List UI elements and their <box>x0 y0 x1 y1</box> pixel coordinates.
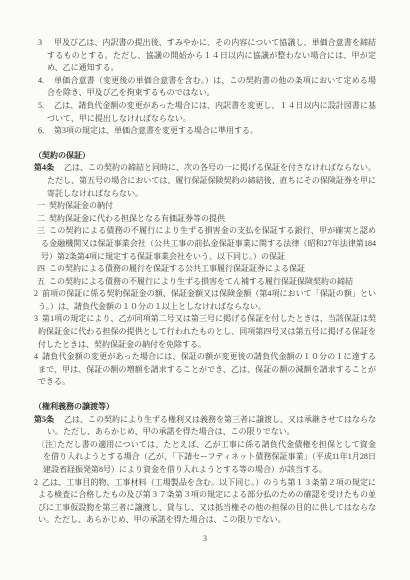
section-heading-transfer-of-rights: （権利義務の譲渡等） <box>34 401 376 414</box>
paragraph-text: 乙は、この契約により生ずる権利又は義務を第三者に譲渡し、又は承継させてはならない… <box>47 415 376 437</box>
contract-paragraph: 5.乙は、請負代金額の変更があった場合には、内訳書を変更し、１４日以内に設計図書… <box>38 100 376 125</box>
paragraph-marker: 4. <box>38 75 54 88</box>
paragraph-text: 前項の保証に係る契約保証金の額、保証金額又は保険金額（第4項において「保証の額」… <box>38 289 376 311</box>
paragraph-marker: 5. <box>38 100 54 113</box>
paragraph-marker: 2 <box>34 477 42 490</box>
list-item: 五この契約による債務の不履行により生ずる損害をてん補する履行保証保険契約の締結 <box>37 276 376 289</box>
paragraph-text: 乙は、工事目的物、工事材料（工場製品を含む。以下同じ。）のうち第１３条第２項の規… <box>38 478 376 525</box>
note-paragraph: 〔注〕ただし書の適用については、たとえば、乙が工事に係る請負代金債権を担保として… <box>37 439 376 477</box>
section-heading-contract-guarantee: （契約の保証） <box>34 150 376 163</box>
paragraph-text: 請負代金額の変更があった場合には、保証の額が変更後の請負代金額の１０分の１に達す… <box>38 352 376 386</box>
list-item-marker: 五 <box>37 276 49 289</box>
paragraph-marker: 4 <box>34 351 42 364</box>
contract-paragraph: 3第1項の規定により、乙が同項第二号又は第三号に掲げる保証を付したときは、当該保… <box>34 313 376 351</box>
list-item-text: この契約による債務の履行を保証する公共工事履行保証証券による保証 <box>49 264 305 273</box>
article-number: 第5条 <box>34 414 64 427</box>
list-item: 一契約保証金の納付 <box>37 200 376 213</box>
paragraph-text: 第3項の規定は、単価合意書を変更する場合に準用する。 <box>54 126 258 135</box>
list-item: 三この契約による債務の不履行により生ずる損害金の支払を保証する銀行、甲が確実と認… <box>37 225 376 263</box>
contract-paragraph: 2乙は、工事目的物、工事材料（工場製品を含む。以下同じ。）のうち第１３条第２項の… <box>34 477 376 527</box>
contract-paragraph: 6.第3項の規定は、単価合意書を変更する場合に準用する。 <box>38 125 376 138</box>
paragraph-marker: 6. <box>38 125 54 138</box>
contract-paragraph: 3甲及び乙は、内訳書の提出後、すみやかに、その内容について協議し、単価合意書を締… <box>38 37 376 75</box>
list-item-marker: 四 <box>37 263 49 276</box>
list-item-marker: 一 <box>37 200 49 213</box>
list-item-text: この契約による債務の不履行により生ずる損害金の支払を保証する銀行、甲が確実と認め… <box>41 226 376 260</box>
list-item-text: 契約保証金の納付 <box>49 201 113 210</box>
contract-text: 3甲及び乙は、内訳書の提出後、すみやかに、その内容について協議し、単価合意書を締… <box>34 37 376 527</box>
note-text: ただし書の適用については、たとえば、乙が工事に係る請負代金債権を担保として資金を… <box>43 440 376 474</box>
contract-paragraph: 4.単価合意書（変更後の単価合意書を含む。）は、この契約書の他の条項において定め… <box>38 75 376 100</box>
paragraph-text: 甲及び乙は、内訳書の提出後、すみやかに、その内容について協議し、単価合意書を締結… <box>47 38 376 72</box>
paragraph-text: 乙は、この契約の締結と同時に、次の各号の一に掲げる保証を付さなければならない。た… <box>47 163 376 197</box>
list-item-marker: 二 <box>37 213 49 226</box>
article-5-paragraph: 第5条乙は、この契約により生ずる権利又は義務を第三者に譲渡し、又は承継させてはな… <box>34 414 376 439</box>
paragraph-marker: 3 <box>38 37 54 50</box>
paragraph-text: 単価合意書（変更後の単価合意書を含む。）は、この契約書の他の条項において定める場… <box>47 76 376 98</box>
page-number: 3 <box>0 533 410 546</box>
contract-paragraph: 2前項の保証に係る契約保証金の額、保証金額又は保険金額（第4項において「保証の額… <box>34 288 376 313</box>
list-item: 四この契約による債務の履行を保証する公共工事履行保証証券による保証 <box>37 263 376 276</box>
list-item-text: この契約による債務の不履行により生ずる損害をてん補する履行保証保険契約の締結 <box>49 277 353 286</box>
list-item: 二契約保証金に代わる担保となる有価証券等の提供 <box>37 213 376 226</box>
document-page: 3甲及び乙は、内訳書の提出後、すみやかに、その内容について協議し、単価合意書を締… <box>0 0 410 580</box>
article-4-paragraph: 第4条乙は、この契約の締結と同時に、次の各号の一に掲げる保証を付さなければならな… <box>34 162 376 200</box>
paragraph-text: 乙は、請負代金額の変更があった場合には、内訳書を変更し、１４日以内に設計図書に基… <box>47 101 376 123</box>
contract-paragraph: 4請負代金額の変更があった場合には、保証の額が変更後の請負代金額の１０分の１に達… <box>34 351 376 389</box>
list-item-marker: 三 <box>37 225 49 238</box>
list-item-text: 契約保証金に代わる担保となる有価証券等の提供 <box>49 214 225 223</box>
paragraph-text: 第1項の規定により、乙が同項第二号又は第三号に掲げる保証を付したときは、当該保証… <box>38 314 376 348</box>
paragraph-marker: 2 <box>34 288 42 301</box>
note-marker: 〔注〕 <box>37 439 57 452</box>
paragraph-marker: 3 <box>34 313 42 326</box>
article-number: 第4条 <box>34 162 64 175</box>
